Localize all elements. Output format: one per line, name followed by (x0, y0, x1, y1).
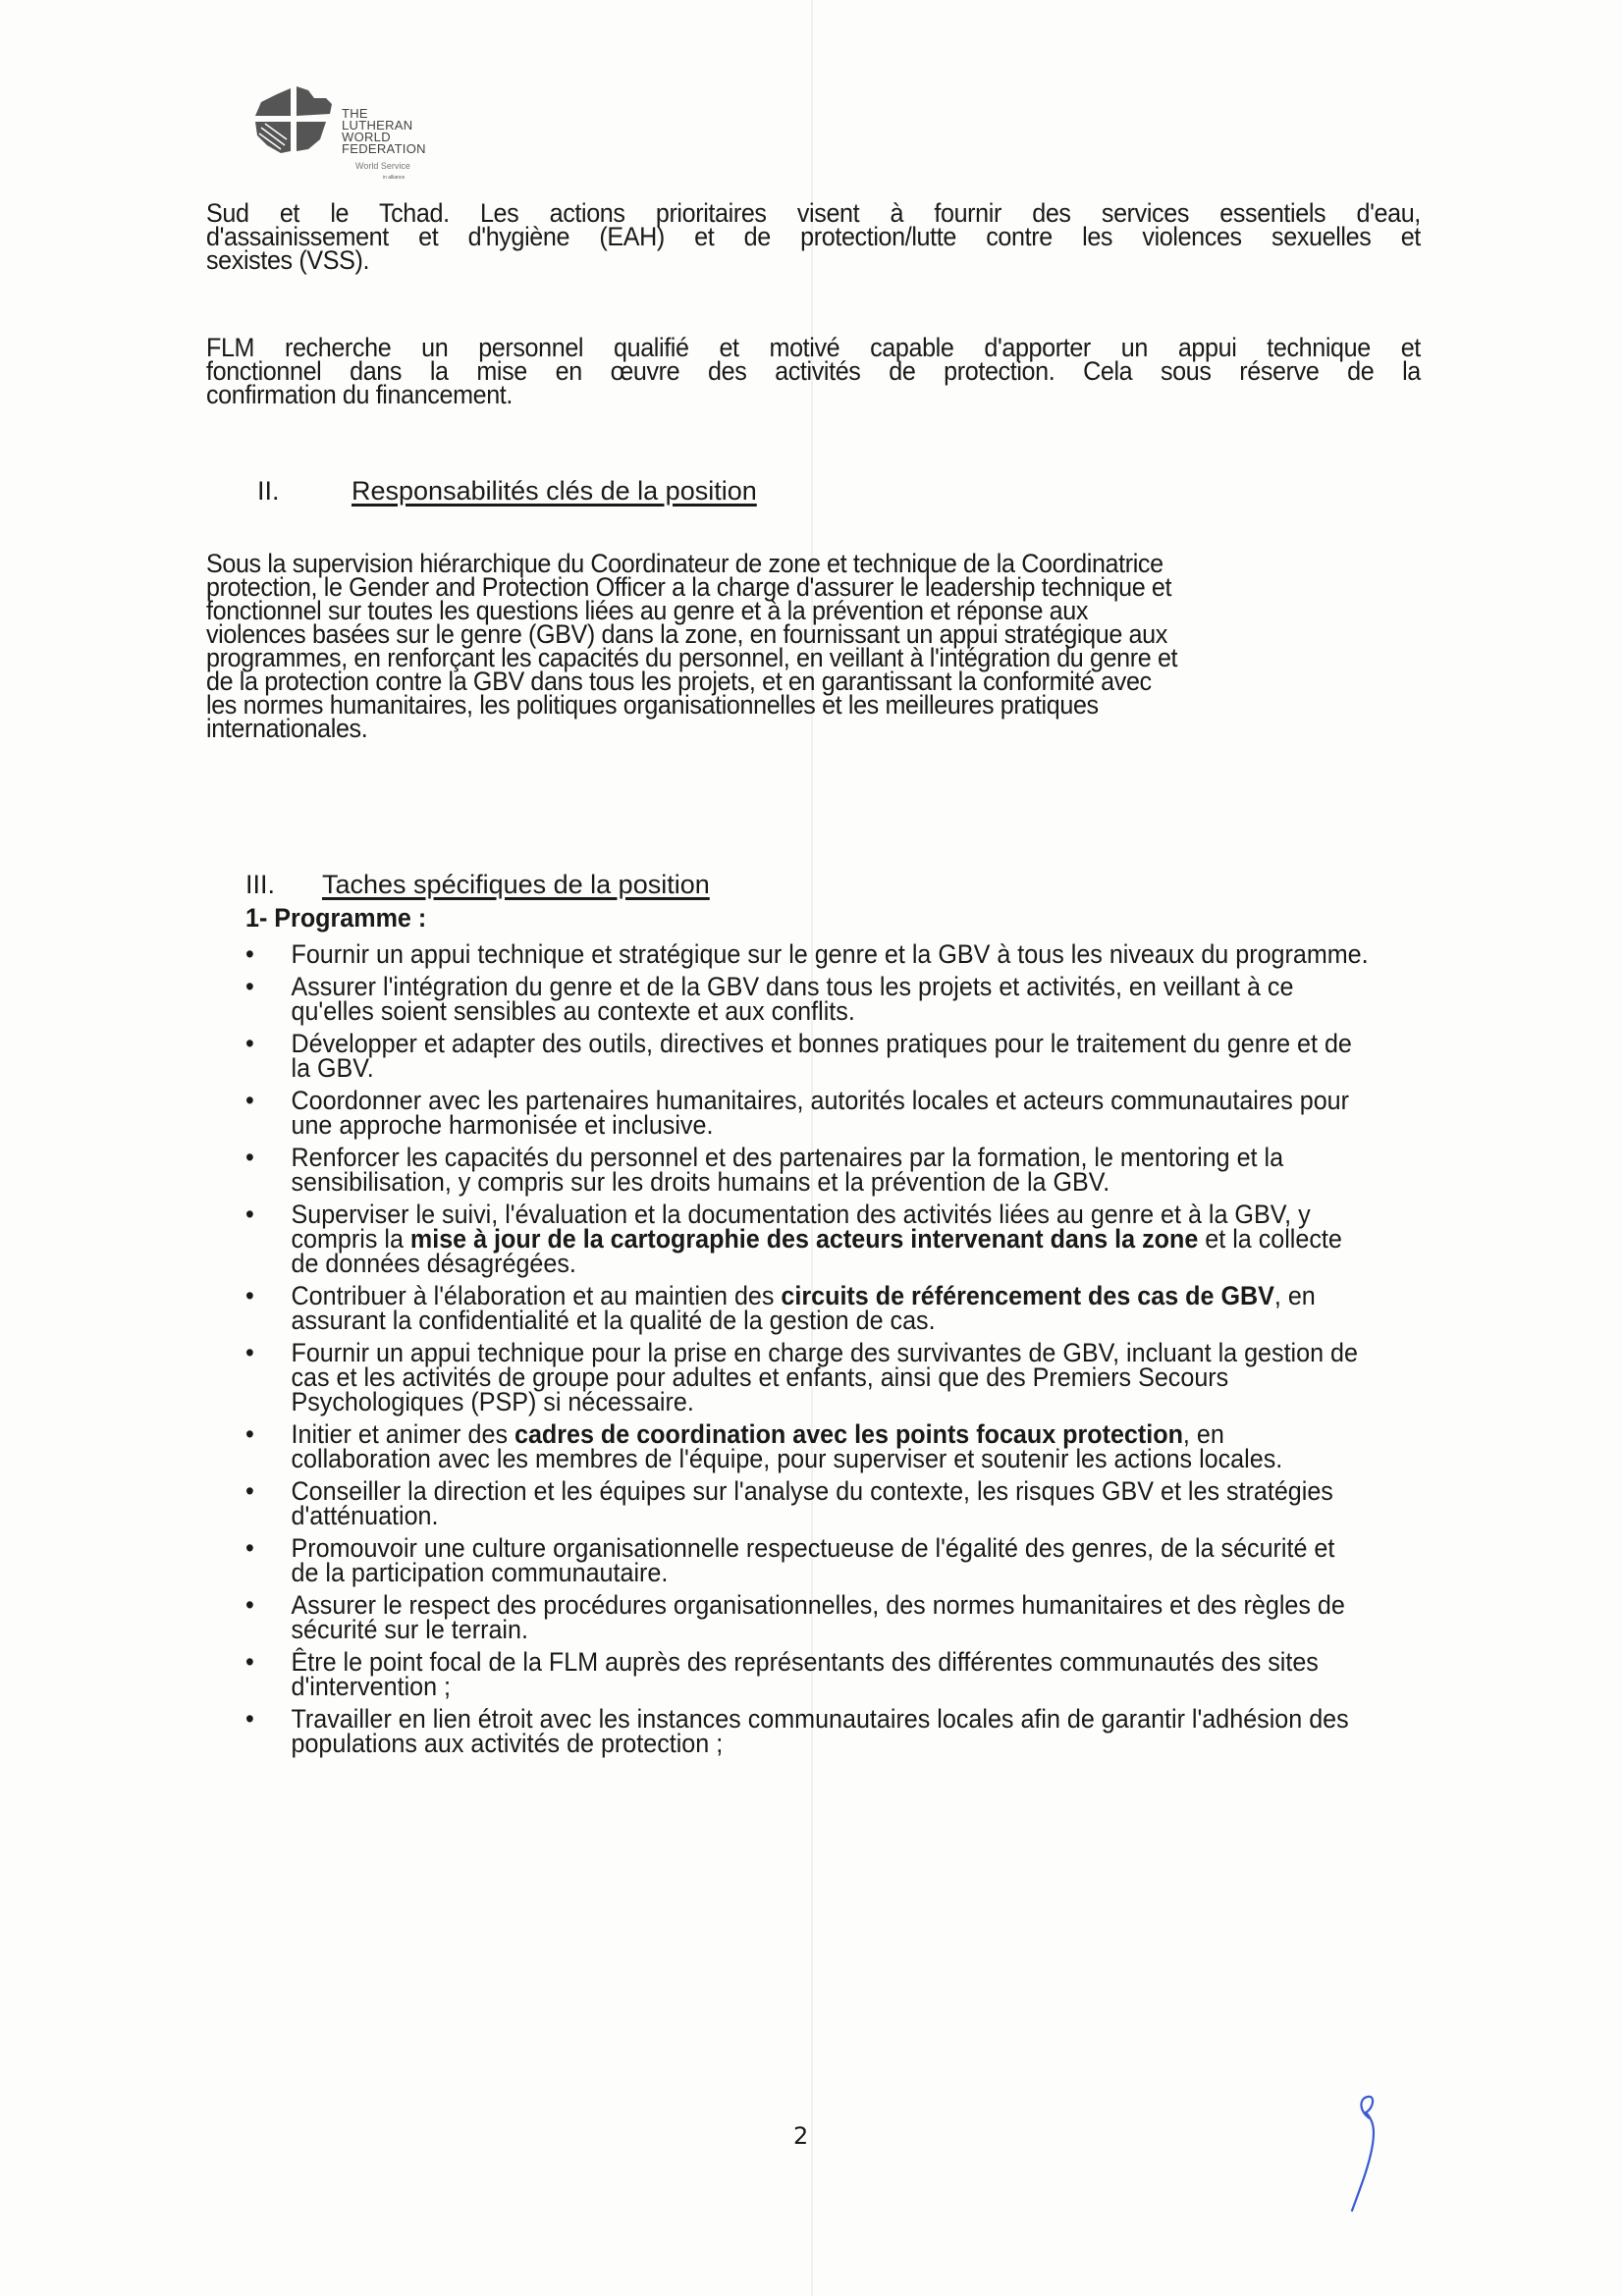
section-title: Taches spécifiques de la position (322, 870, 710, 900)
list-item: •Superviser le suivi, l'évaluation et la… (245, 1202, 1369, 1276)
bullet-icon: • (245, 1707, 254, 1732)
lwf-cross-hands-icon (247, 80, 346, 159)
item-text: Conseiller la direction et les équipes s… (292, 1476, 1333, 1530)
list-item: •Développer et adapter des outils, direc… (245, 1032, 1369, 1081)
item-text: Fournir un appui technique et stratégiqu… (292, 939, 1369, 969)
bullet-icon: • (245, 1479, 254, 1504)
bullet-icon: • (245, 1536, 254, 1561)
bullet-icon: • (245, 1593, 254, 1618)
text-line: internationales. (206, 717, 1421, 740)
section-number: III. (245, 870, 275, 900)
page-number: 2 (793, 2122, 808, 2150)
bullet-icon: • (245, 1089, 254, 1113)
logo-service-label: World Service (355, 161, 410, 171)
intro-paragraph-1: Sud et le Tchad. Les actions prioritaire… (206, 201, 1421, 272)
section-number: II. (257, 476, 280, 507)
item-text: Assurer le respect des procédures organi… (292, 1590, 1345, 1644)
subsection-programme-heading: 1- Programme : (245, 903, 426, 934)
text-line: sexistes (VSS). (206, 248, 1421, 272)
item-text: Renforcer les capacités du personnel et … (292, 1143, 1284, 1197)
list-item: •Fournir un appui technique et stratégiq… (245, 942, 1369, 967)
text-line: les normes humanitaires, les politiques … (206, 693, 1421, 717)
bullet-icon: • (245, 1146, 254, 1170)
bullet-icon: • (245, 1202, 254, 1227)
list-item: •Renforcer les capacités du personnel et… (245, 1146, 1369, 1195)
item-text: Assurer l'intégration du genre et de la … (292, 972, 1294, 1026)
document-page: THE LUTHERAN WORLD FEDERATION World Serv… (0, 0, 1623, 2296)
bullet-icon: • (245, 1422, 254, 1447)
list-item: •Contribuer à l'élaboration et au mainti… (245, 1284, 1369, 1333)
item-text: Travailler en lien étroit avec les insta… (292, 1704, 1349, 1758)
item-text: Développer et adapter des outils, direct… (292, 1029, 1352, 1083)
logo-tagline: in alliance (383, 175, 405, 181)
section-title: Responsabilités clés de la position (352, 476, 757, 507)
bullet-icon: • (245, 1032, 254, 1056)
list-item: •Être le point focal de la FLM auprès de… (245, 1650, 1369, 1699)
bullet-icon: • (245, 1650, 254, 1675)
bullet-icon: • (245, 1284, 254, 1308)
section-2-paragraph: Sous la supervision hiérarchique du Coor… (206, 552, 1421, 740)
list-item: •Assurer l'intégration du genre et de la… (245, 975, 1369, 1024)
item-text: Coordonner avec les partenaires humanita… (292, 1086, 1350, 1140)
intro-paragraph-2: FLM recherche un personnel qualifié et m… (206, 336, 1421, 406)
bullet-icon: • (245, 975, 254, 999)
bullet-icon: • (245, 1341, 254, 1365)
logo-wordmark: THE LUTHERAN WORLD FEDERATION (342, 108, 426, 155)
bullet-icon: • (245, 942, 254, 967)
logo-line: FEDERATION (342, 143, 426, 155)
text-line: confirmation du financement. (206, 383, 1421, 406)
list-item: •Fournir un appui technique pour la pris… (245, 1341, 1369, 1415)
list-item: •Initier et animer des cadres de coordin… (245, 1422, 1369, 1471)
task-bullet-list: •Fournir un appui technique et stratégiq… (245, 942, 1453, 1764)
handwritten-initial-signature (1330, 2091, 1389, 2218)
item-text: Promouvoir une culture organisationnelle… (292, 1533, 1335, 1587)
list-item: •Travailler en lien étroit avec les inst… (245, 1707, 1369, 1756)
lwf-logo: THE LUTHERAN WORLD FEDERATION World Serv… (247, 80, 483, 188)
text-line: d'assainissement et d'hygiène (EAH) et d… (206, 225, 1421, 248)
list-item: •Promouvoir une culture organisationnell… (245, 1536, 1369, 1585)
list-item: •Conseiller la direction et les équipes … (245, 1479, 1369, 1528)
item-text: Fournir un appui technique pour la prise… (292, 1338, 1358, 1416)
list-item: •Assurer le respect des procédures organ… (245, 1593, 1369, 1642)
list-item: •Coordonner avec les partenaires humanit… (245, 1089, 1369, 1138)
item-text: Être le point focal de la FLM auprès des… (292, 1647, 1319, 1701)
